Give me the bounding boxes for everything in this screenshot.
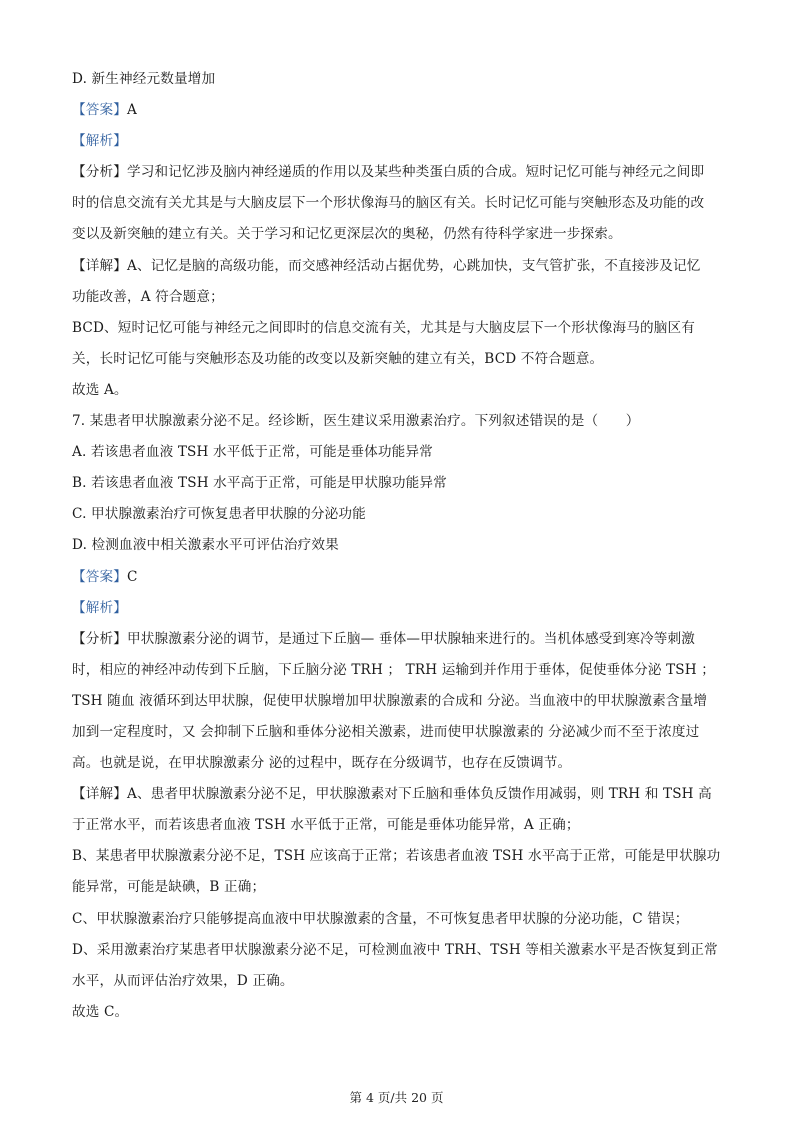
q7-option-b: B. 若该患者血液 TSH 水平高于正常，可能是甲状腺功能异常 xyxy=(72,468,728,499)
document-page: D. 新生神经元数量增加 【答案】A 【解析】 【分析】学习和记忆涉及脑内神经递… xyxy=(72,64,728,1028)
q7-answer: 【答案】C xyxy=(72,562,728,593)
q6-conclusion: 故选 A。 xyxy=(72,375,728,406)
q6-xiangjie-line: 【详解】A、记忆是脑的高级功能，而交感神经活动占据优势，心跳加快，支气管扩张，不… xyxy=(72,251,728,282)
q7-fenxi-line: 高。也就是说，在甲状腺激素分 泌的过程中，既存在分级调节，也存在反馈调节。 xyxy=(72,748,728,779)
q6-fenxi-line: 时的信息交流有关尤其是与大脑皮层下一个形状像海马的脑区有关。长时记忆可能与突触形… xyxy=(72,188,728,219)
q7-option-a: A. 若该患者血液 TSH 水平低于正常，可能是垂体功能异常 xyxy=(72,437,728,468)
q6-answer: 【答案】A xyxy=(72,95,728,126)
q6-xiangjie-line: 关，长时记忆可能与突触形态及功能的改变以及新突触的建立有关，BCD 不符合题意。 xyxy=(72,344,728,375)
q7-xiangjie-line: C、甲状腺激素治疗只能够提高血液中甲状腺激素的含量，不可恢复患者甲状腺的分泌功能… xyxy=(72,904,728,935)
q7-conclusion: 故选 C。 xyxy=(72,997,728,1028)
q7-fenxi-line: 加到一定程度时，又 会抑制下丘脑和垂体分泌相关激素，进而使甲状腺激素的 分泌减少… xyxy=(72,717,728,748)
q7-analysis-label: 【解析】 xyxy=(72,593,728,624)
text: 甲状腺激素分泌的调节，是通过下丘脑— 垂体—甲状腺轴来进行的。当机体感受到寒冷等… xyxy=(127,631,695,647)
q6-fenxi-line: 变以及新突触的建立有关。关于学习和记忆更深层次的奥秘，仍然有待科学家进一步探索。 xyxy=(72,219,728,250)
q7-stem: 7. 某患者甲状腺激素分泌不足。经诊断，医生建议采用激素治疗。下列叙述错误的是（… xyxy=(72,406,728,437)
q7-option-c: C. 甲状腺激素治疗可恢复患者甲状腺的分泌功能 xyxy=(72,499,728,530)
q7-fenxi-line: TSH 随血 液循环到达甲状腺，促使甲状腺增加甲状腺激素的合成和 分泌。当血液中… xyxy=(72,686,728,717)
q7-xiangjie-line: 【详解】A、患者甲状腺激素分泌不足，甲状腺激素对下丘脑和垂体负反馈作用减弱，则 … xyxy=(72,779,728,810)
q7-xiangjie-line: 能异常，可能是缺碘，B 正确； xyxy=(72,872,728,903)
q7-xiangjie-line: 于正常水平，而若该患者血液 TSH 水平低于正常，可能是垂体功能异常，A 正确； xyxy=(72,810,728,841)
q7-xiangjie-line: 水平，从而评估治疗效果，D 正确。 xyxy=(72,966,728,997)
q6-xiangjie-line: BCD、短时记忆可能与神经元之间即时的信息交流有关，尤其是与大脑皮层下一个形状像… xyxy=(72,313,728,344)
answer-value: C xyxy=(127,569,138,585)
xiangjie-label: 【详解】 xyxy=(72,258,127,274)
page-number: 第 4 页/共 20 页 xyxy=(0,1088,793,1106)
answer-label: 【答案】 xyxy=(72,569,127,585)
text: A、患者甲状腺激素分泌不足，甲状腺激素对下丘脑和垂体负反馈作用减弱，则 TRH … xyxy=(127,786,712,802)
q6-fenxi-line: 【分析】学习和记忆涉及脑内神经递质的作用以及某些种类蛋白质的合成。短时记忆可能与… xyxy=(72,157,728,188)
fenxi-label: 【分析】 xyxy=(72,164,127,180)
q7-option-d: D. 检测血液中相关激素水平可评估治疗效果 xyxy=(72,530,728,561)
q7-xiangjie-line: D、采用激素治疗某患者甲状腺激素分泌不足，可检测血液中 TRH、TSH 等相关激… xyxy=(72,935,728,966)
q7-xiangjie-line: B、某患者甲状腺激素分泌不足，TSH 应该高于正常；若该患者血液 TSH 水平高… xyxy=(72,841,728,872)
q6-analysis-label: 【解析】 xyxy=(72,126,728,157)
xiangjie-label: 【详解】 xyxy=(72,786,127,802)
answer-value: A xyxy=(127,102,137,118)
q7-fenxi-line: 【分析】甲状腺激素分泌的调节，是通过下丘脑— 垂体—甲状腺轴来进行的。当机体感受… xyxy=(72,624,728,655)
text: A、记忆是脑的高级功能，而交感神经活动占据优势，心跳加快，支气管扩张，不直接涉及… xyxy=(127,258,700,274)
text: 学习和记忆涉及脑内神经递质的作用以及某些种类蛋白质的合成。短时记忆可能与神经元之… xyxy=(127,164,704,180)
q6-option-d: D. 新生神经元数量增加 xyxy=(72,64,728,95)
q6-xiangjie-line: 功能改善，A 符合题意； xyxy=(72,282,728,313)
answer-label: 【答案】 xyxy=(72,102,127,118)
q7-fenxi-line: 时，相应的神经冲动传到下丘脑，下丘脑分泌 TRH ； TRH 运输到并作用于垂体… xyxy=(72,655,728,686)
fenxi-label: 【分析】 xyxy=(72,631,127,647)
